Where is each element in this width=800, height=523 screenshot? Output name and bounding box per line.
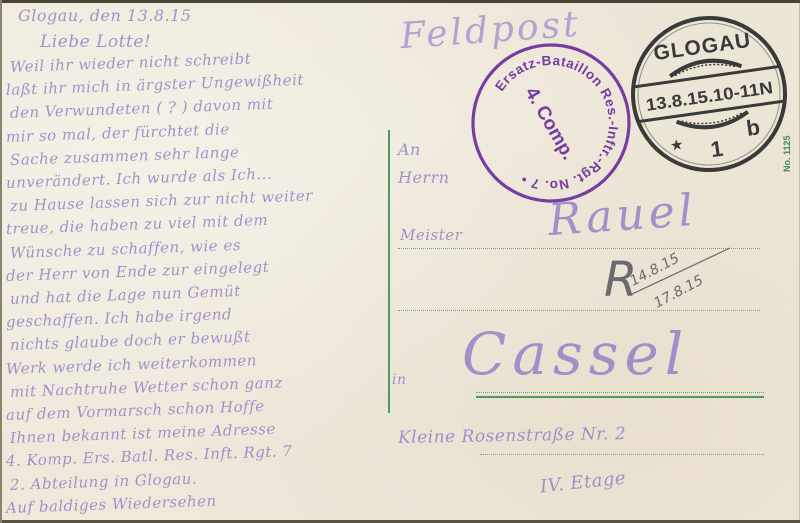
message-line: der Herr von Ende zur eingelegt bbox=[6, 258, 270, 285]
address-to: An bbox=[398, 140, 421, 159]
address-line-3-dots bbox=[476, 392, 764, 393]
message-line: Auf baldiges Wiedersehen bbox=[6, 491, 217, 516]
message-line: den Verwundeten ( ? ) davon mit bbox=[10, 95, 274, 122]
card-edge-top bbox=[0, 0, 800, 3]
postmark-letter: b bbox=[745, 114, 762, 141]
message-line: und hat die Lage nun Gemüt bbox=[10, 282, 241, 308]
message-line: treue, die haben zu viel mit dem bbox=[6, 211, 269, 238]
unit-cachet-stamp: Ersatz-Bataillon Res.-Inftr.-Rgt. No. 7 … bbox=[468, 40, 634, 206]
card-edge-left bbox=[0, 0, 2, 523]
message-line: mit Nachtruhe Wetter schon ganz bbox=[10, 373, 283, 401]
recipient-city: Cassel bbox=[462, 320, 689, 388]
address-street: Kleine Rosenstraße Nr. 2 bbox=[398, 424, 627, 448]
address-line-4 bbox=[480, 454, 764, 455]
message-line: Weil ihr wieder nicht schreibt bbox=[10, 50, 252, 76]
postmark-star: ★ bbox=[669, 135, 685, 155]
message-line: geschaffen. Ich habe irgend bbox=[6, 305, 233, 331]
message-line: mir so mal, der fürchtet die bbox=[6, 120, 230, 146]
catalog-number: No. 1125 bbox=[782, 135, 792, 172]
address-city-prefix: in bbox=[392, 372, 407, 388]
address-line-3 bbox=[476, 396, 764, 398]
printed-divider-line bbox=[388, 130, 390, 413]
glogau-postmark: GLOGAU 13.8.15.10-11N ★ 1 b bbox=[628, 13, 790, 175]
address-title: Meister bbox=[400, 226, 462, 244]
postcard: Glogau, den 13.8.15 Liebe Lotte! Weil ih… bbox=[0, 0, 800, 523]
message-line: Sache zusammen sehr lange bbox=[10, 143, 240, 169]
address-salutation: Herrn bbox=[398, 168, 450, 187]
postmark-office-number: 1 bbox=[709, 136, 725, 162]
message-line: auf dem Vormarsch schon Hoffe bbox=[6, 397, 265, 424]
message-line: unverändert. Ich wurde als Ich... bbox=[6, 165, 273, 192]
message-line: Wünsche zu schaffen, wie es bbox=[10, 236, 242, 262]
message-line: 2. Abteilung in Glogau. bbox=[10, 469, 198, 494]
message-line: Werk werde ich weiterkommen bbox=[6, 351, 258, 378]
message-place-date: Glogau, den 13.8.15 bbox=[18, 6, 191, 25]
unit-stamp-center-text: 4. Comp. bbox=[521, 84, 579, 164]
message-line: nichts glaube doch er bewußt bbox=[10, 328, 251, 354]
pencil-slash-line bbox=[620, 240, 740, 310]
message-greeting: Liebe Lotte! bbox=[40, 32, 151, 52]
address-line-2 bbox=[398, 310, 760, 311]
message-line: 4. Komp. Ers. Batl. Res. Inft. Rgt. 7 bbox=[6, 442, 293, 470]
address-floor: IV. Etage bbox=[539, 468, 627, 498]
recipient-name: Rauel bbox=[546, 185, 698, 246]
